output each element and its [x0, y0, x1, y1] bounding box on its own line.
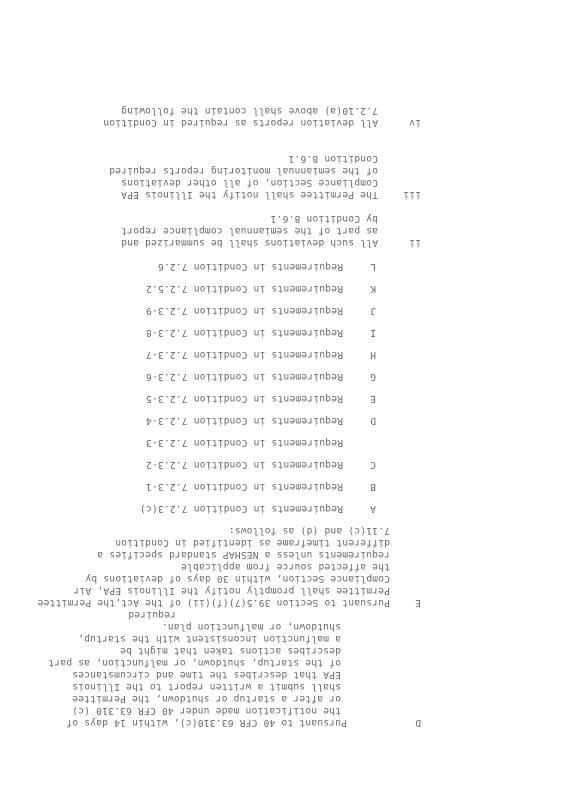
- paragraph-marker: iii: [403, 188, 421, 200]
- sub-item-text: Requirements in Condition 7.2.3-9: [146, 304, 343, 316]
- text-line: 7.11(c) and (d) as follows:: [229, 524, 390, 536]
- sub-item-marker: H: [370, 348, 376, 360]
- text-line: of the semiannual monitoring reports req…: [109, 164, 378, 176]
- text-line: the affected source from applicable: [181, 560, 390, 572]
- text-line: Compliance Section, within 30 days of de…: [85, 572, 390, 584]
- sub-item-marker: C: [370, 458, 376, 470]
- text-line: or after a startup or shutdown, the Perm…: [72, 692, 341, 704]
- text-line: by Condition 8.6.1: [270, 212, 378, 224]
- sub-item-marker: L: [370, 260, 376, 272]
- text-line: as part of the semiannual compliance rep…: [121, 224, 378, 236]
- text-line: required: [128, 608, 176, 620]
- sub-item-text: Requirements in Condition 7.2.3-6: [146, 370, 343, 382]
- sub-item-text: Requirements in Condition 7.2.3-2: [146, 458, 343, 470]
- text-line: different timeframe as identified in Con…: [115, 536, 390, 548]
- text-line: All deviation reports as required in Con…: [103, 116, 378, 128]
- sub-item-marker: I: [370, 326, 376, 338]
- text-line: Permittee shall promptly notify the Illi…: [73, 584, 390, 596]
- paragraph-marker: D: [415, 716, 421, 728]
- paragraph-marker: ii: [409, 236, 421, 248]
- sub-item-text: Requirements in Condition 7.2.6: [158, 260, 343, 272]
- sub-item-text: Requirements in Condition 7.2.3-8: [146, 326, 343, 338]
- document-page: D Pursuant to 40 CFR 63.310(c), within 1…: [0, 0, 566, 800]
- text-line: shutdown, or malfunction plan.: [162, 620, 341, 632]
- sub-item-text: Requirements in Condition 7.2.3-1: [146, 480, 343, 492]
- text-line: a malfunction inconsistent with the star…: [78, 632, 341, 644]
- text-line: of the startup, shutdown, or malfunction…: [48, 656, 341, 668]
- text-line: Pursuant to 40 CFR 63.310(c), within 14 …: [66, 716, 347, 728]
- sub-item-text: Requirements in Condition 7.2.3-3: [146, 436, 343, 448]
- sub-item-text: Requirements in Condition 7.2.3-4: [146, 414, 343, 426]
- text-line: Pursuant to Section 39.5(7)(f)(ii) of th…: [37, 596, 390, 608]
- sub-item-marker: B: [370, 480, 376, 492]
- sub-item-text: Requirements in Condition 7.2.3(c): [140, 502, 343, 514]
- sub-item-text: Requirements in Condition 7.2.5.2: [146, 282, 343, 294]
- sub-item-text: Requirements in Condition 7.2.3-5: [146, 392, 343, 404]
- text-line: 7.2.10(a) above shall contain the follow…: [121, 104, 378, 116]
- sub-item-marker: D: [370, 414, 376, 426]
- text-line: Compliance Section, of all other deviati…: [121, 176, 378, 188]
- sub-item-marker: J: [370, 304, 376, 316]
- paragraph-marker: E: [415, 596, 421, 608]
- text-line: The Permittee shall notify the Illinois …: [121, 188, 378, 200]
- sub-item-marker: E: [370, 392, 376, 404]
- sub-item-marker: A: [370, 502, 376, 514]
- sub-item-marker: G: [370, 370, 376, 382]
- text-line: requirements unless a NESHAP standard sp…: [97, 548, 390, 560]
- text-line: shall submit a written report to the Ill…: [72, 680, 341, 692]
- text-line: Condition 8.6.1: [288, 152, 378, 164]
- sub-item-marker: K: [370, 282, 376, 294]
- sub-item-text: Requirements in Condition 7.2.3-7: [146, 348, 343, 360]
- paragraph-marker: iv: [409, 116, 421, 128]
- text-line: EPA that describes the time and circumst…: [72, 668, 341, 680]
- text-line: All such deviations shall be summarized …: [121, 236, 378, 248]
- text-line: the notification made under 40 CFR 63.31…: [72, 704, 341, 716]
- text-line: describes actions taken that might be: [120, 644, 341, 656]
